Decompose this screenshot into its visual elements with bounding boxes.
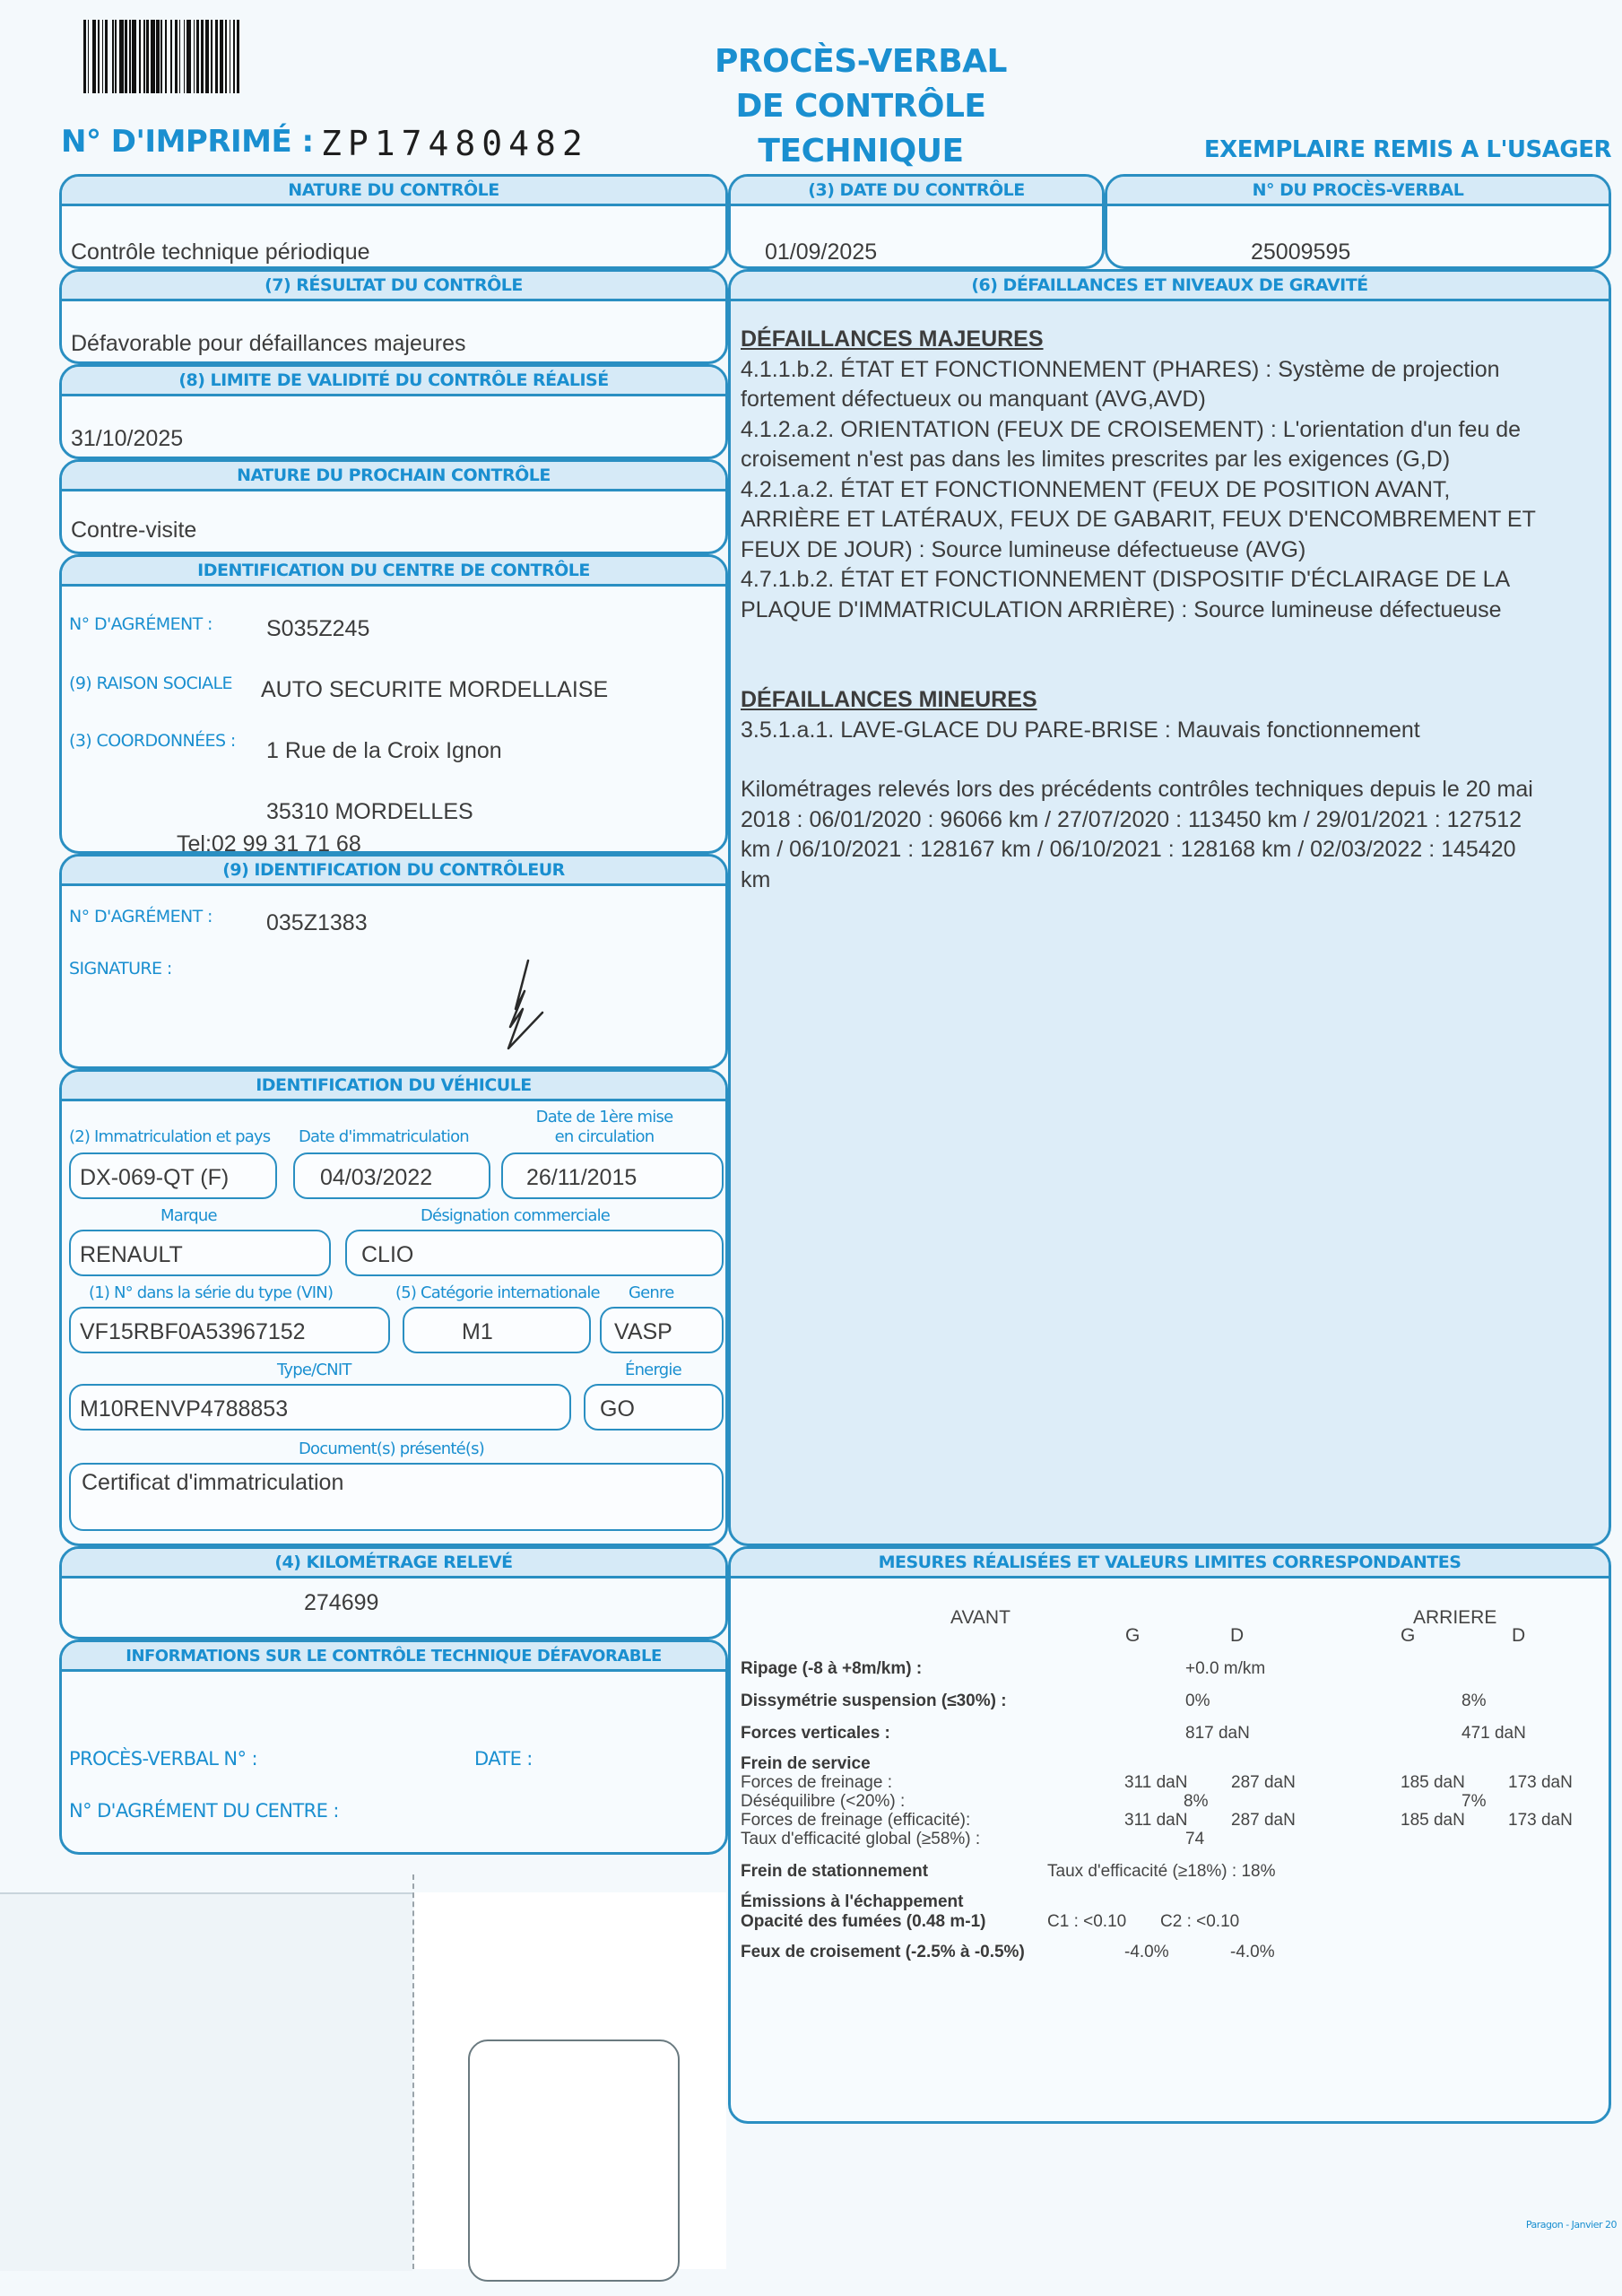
categorie-value: M1 (462, 1319, 493, 1345)
date-immat-value: 04/03/2022 (320, 1165, 432, 1191)
date-immat-label: Date d'immatriculation (299, 1127, 469, 1146)
defaillance-majeure-item: 4.1.2.a.2. ORIENTATION (FEUX DE CROISEME… (741, 415, 1548, 475)
designation-field: CLIO (345, 1230, 724, 1276)
resultat-box: (7) RÉSULTAT DU CONTRÔLE Défavorable pou… (59, 269, 728, 364)
defaillance-majeure-item: 4.1.1.b.2. ÉTAT ET FONCTIONNEMENT (PHARE… (741, 355, 1548, 415)
documents-field: Certificat d'immatriculation (69, 1463, 724, 1531)
printed-number: ZP17480482 (321, 124, 589, 163)
premiere-mise-value: 26/11/2015 (526, 1165, 637, 1191)
forces-efficacite-avant-g: 311 daN (1124, 1811, 1187, 1831)
numero-pv-title: N° DU PROCÈS-VERBAL (1107, 177, 1609, 206)
centre-agrement-value: S035Z245 (266, 616, 369, 642)
designation-label: Désignation commerciale (421, 1206, 610, 1225)
forces-efficacite-avant-d: 287 daN (1231, 1811, 1296, 1831)
nature-controle-value: Contrôle technique périodique (71, 239, 370, 265)
forces-verticales-avant: 817 daN (1185, 1724, 1250, 1744)
controleur-agrement-value: 035Z1383 (266, 910, 368, 936)
centre-coord-label: (3) COORDONNÉES : (69, 731, 236, 751)
marque-value: RENAULT (80, 1242, 183, 1268)
nature-controle-title: NATURE DU CONTRÔLE (62, 177, 725, 206)
emissions-label: Émissions à l'échappement (741, 1892, 963, 1912)
feux-croisement-label: Feux de croisement (-2.5% à -0.5%) (741, 1943, 1025, 1962)
kilometrage-value: 274699 (304, 1590, 378, 1616)
title-line-2: DE CONTRÔLE TECHNIQUE (628, 84, 1094, 174)
centre-address-line2: 35310 MORDELLES (266, 799, 473, 825)
forces-freinage-label: Forces de freinage : (741, 1773, 892, 1793)
frein-stationnement-label: Frein de stationnement (741, 1862, 928, 1882)
title-line-1: PROCÈS-VERBAL (628, 39, 1094, 84)
controleur-title: (9) IDENTIFICATION DU CONTRÔLEUR (62, 857, 725, 886)
resultat-title: (7) RÉSULTAT DU CONTRÔLE (62, 272, 725, 301)
document-title: PROCÈS-VERBAL DE CONTRÔLE TECHNIQUE (628, 39, 1094, 174)
numero-pv-value: 25009595 (1251, 239, 1350, 265)
signature-label: SIGNATURE : (69, 959, 172, 978)
arriere-g-header: G (1401, 1625, 1415, 1647)
cnit-label: Type/CNIT (277, 1361, 351, 1379)
forces-freinage-arriere-d: 173 daN (1508, 1773, 1573, 1793)
frein-stationnement-value: Taux d'efficacité (≥18%) : 18% (1047, 1862, 1276, 1882)
nature-controle-box: NATURE DU CONTRÔLE Contrôle technique pé… (59, 174, 728, 269)
perforation-line (412, 1874, 414, 2269)
premiere-mise-label-line2: en circulation (501, 1127, 707, 1147)
immat-value: DX-069-QT (F) (80, 1165, 229, 1191)
forces-freinage-arriere-g: 185 daN (1401, 1773, 1465, 1793)
forces-freinage-avant-d: 287 daN (1231, 1773, 1296, 1793)
forces-verticales-label: Forces verticales : (741, 1724, 890, 1744)
prochain-controle-box: NATURE DU PROCHAIN CONTRÔLE Contre-visit… (59, 459, 728, 554)
mesures-title: MESURES RÉALISÉES ET VALEURS LIMITES COR… (731, 1549, 1609, 1578)
marque-label: Marque (160, 1206, 217, 1225)
energie-field: GO (584, 1384, 724, 1431)
printed-number-label: N° D'IMPRIMÉ : (61, 124, 314, 160)
date-controle-title: (3) DATE DU CONTRÔLE (731, 177, 1102, 206)
forces-efficacite-arriere-g: 185 daN (1401, 1811, 1465, 1831)
infos-defavorable-box: INFORMATIONS SUR LE CONTRÔLE TECHNIQUE D… (59, 1639, 728, 1855)
feux-croisement-g: -4.0% (1124, 1943, 1169, 1962)
defaillance-majeure-item: 4.7.1.b.2. ÉTAT ET FONCTIONNEMENT (DISPO… (741, 565, 1548, 625)
forces-freinage-avant-g: 311 daN (1124, 1773, 1187, 1793)
tear-off-stub (0, 1892, 412, 2271)
genre-value: VASP (614, 1319, 672, 1345)
infos-defavorable-title: INFORMATIONS SUR LE CONTRÔLE TECHNIQUE D… (62, 1642, 725, 1672)
opacite-c1: C1 : <0.10 (1047, 1912, 1126, 1932)
centre-title: IDENTIFICATION DU CENTRE DE CONTRÔLE (62, 557, 725, 587)
cnit-field: M10RENVP4788853 (69, 1384, 571, 1431)
dissymetrie-avant: 0% (1185, 1692, 1210, 1711)
controleur-box: (9) IDENTIFICATION DU CONTRÔLEUR N° D'AG… (59, 854, 728, 1069)
barcode-icon (83, 20, 372, 93)
energie-value: GO (600, 1396, 635, 1422)
vehicule-box: IDENTIFICATION DU VÉHICULE (2) Immatricu… (59, 1069, 728, 1546)
date-controle-box: (3) DATE DU CONTRÔLE 01/09/2025 (728, 174, 1105, 269)
ripage-label: Ripage (-8 à +8m/km) : (741, 1659, 922, 1679)
defaillances-content: DÉFAILLANCES MAJEURES 4.1.1.b.2. ÉTAT ET… (741, 325, 1548, 895)
arriere-header: ARRIERE (1413, 1607, 1496, 1629)
marque-field: RENAULT (69, 1230, 331, 1276)
feux-croisement-d: -4.0% (1230, 1943, 1275, 1962)
prochain-controle-value: Contre-visite (71, 517, 196, 544)
documents-value: Certificat d'immatriculation (82, 1470, 343, 1496)
frein-service-label: Frein de service (741, 1754, 871, 1774)
forces-verticales-arriere: 471 daN (1462, 1724, 1526, 1744)
avant-header: AVANT (950, 1607, 1010, 1629)
taux-global-label: Taux d'efficacité global (≥58%) : (741, 1830, 980, 1849)
ripage-value: +0.0 m/km (1185, 1659, 1265, 1679)
taux-global-value: 74 (1185, 1830, 1204, 1849)
categorie-label: (5) Catégorie internationale (395, 1283, 600, 1302)
centre-raison-label: (9) RAISON SOCIALE (69, 674, 232, 693)
date-immat-field: 04/03/2022 (293, 1152, 490, 1199)
footer-imprint: Paragon - Janvier 20 (1526, 2219, 1617, 2231)
energie-label: Énergie (625, 1361, 681, 1379)
vin-label: (1) N° dans la série du type (VIN) (89, 1283, 333, 1302)
vin-value: VF15RBF0A53967152 (80, 1319, 306, 1345)
numero-pv-box: N° DU PROCÈS-VERBAL 25009595 (1105, 174, 1611, 269)
kilometrages-history: Kilométrages relevés lors des précédents… (741, 775, 1548, 895)
genre-label: Genre (629, 1283, 674, 1302)
centre-box: IDENTIFICATION DU CENTRE DE CONTRÔLE N° … (59, 554, 728, 854)
avant-g-header: G (1125, 1625, 1140, 1647)
centre-raison-value: AUTO SECURITE MORDELLAISE (261, 677, 608, 703)
immat-label: (2) Immatriculation et pays (69, 1127, 270, 1146)
mineures-title: DÉFAILLANCES MINEURES (741, 685, 1548, 716)
resultat-value: Défavorable pour défaillances majeures (71, 331, 466, 357)
arriere-d-header: D (1512, 1625, 1525, 1647)
opacite-label: Opacité des fumées (0.48 m-1) (741, 1912, 986, 1932)
cnit-value: M10RENVP4788853 (80, 1396, 288, 1422)
categorie-field: M1 (403, 1307, 591, 1353)
centre-agrement-field-label: N° D'AGRÉMENT DU CENTRE : (69, 1800, 339, 1822)
copy-label: EXEMPLAIRE REMIS A L'USAGER (1204, 136, 1611, 163)
kilometrage-title: (4) KILOMÉTRAGE RELEVÉ (62, 1549, 725, 1578)
window-cutout (468, 2039, 680, 2282)
defaillances-title: (6) DÉFAILLANCES ET NIVEAUX DE GRAVITÉ (731, 272, 1609, 301)
vin-field: VF15RBF0A53967152 (69, 1307, 390, 1353)
limite-validite-title: (8) LIMITE DE VALIDITÉ DU CONTRÔLE RÉALI… (62, 367, 725, 396)
dissymetrie-arriere: 8% (1462, 1692, 1486, 1711)
kilometrage-box: (4) KILOMÉTRAGE RELEVÉ 274699 (59, 1546, 728, 1639)
documents-label: Document(s) présenté(s) (299, 1439, 484, 1458)
desequilibre-avant: 8% (1184, 1792, 1208, 1812)
avant-d-header: D (1230, 1625, 1244, 1647)
controleur-agrement-label: N° D'AGRÉMENT : (69, 907, 213, 926)
defaillance-mineure-item: 3.5.1.a.1. LAVE-GLACE DU PARE-BRISE : Ma… (741, 716, 1548, 746)
majeures-title: DÉFAILLANCES MAJEURES (741, 325, 1548, 355)
prochain-controle-title: NATURE DU PROCHAIN CONTRÔLE (62, 462, 725, 491)
desequilibre-label: Déséquilibre (<20%) : (741, 1792, 905, 1812)
forces-efficacite-label: Forces de freinage (efficacité): (741, 1811, 970, 1831)
limite-validite-box: (8) LIMITE DE VALIDITÉ DU CONTRÔLE RÉALI… (59, 364, 728, 459)
desequilibre-arriere: 7% (1462, 1792, 1486, 1812)
dissymetrie-label: Dissymétrie suspension (≤30%) : (741, 1692, 1007, 1711)
pv-date-label: DATE : (474, 1748, 533, 1770)
centre-address-line1: 1 Rue de la Croix Ignon (266, 738, 502, 764)
pv-number-label: PROCÈS-VERBAL N° : (69, 1748, 257, 1770)
premiere-mise-field: 26/11/2015 (501, 1152, 724, 1199)
immat-field: DX-069-QT (F) (69, 1152, 277, 1199)
designation-value: CLIO (361, 1242, 413, 1268)
forces-efficacite-arriere-d: 173 daN (1508, 1811, 1573, 1831)
limite-validite-value: 31/10/2025 (71, 426, 183, 452)
date-controle-value: 01/09/2025 (765, 239, 877, 265)
opacite-c2: C2 : <0.10 (1160, 1912, 1239, 1932)
premiere-mise-label-line1: Date de 1ère mise (501, 1108, 707, 1127)
premiere-mise-label: Date de 1ère mise en circulation (501, 1108, 707, 1147)
vehicule-title: IDENTIFICATION DU VÉHICULE (62, 1072, 725, 1101)
signature-icon (483, 955, 555, 1054)
defaillance-majeure-item: 4.2.1.a.2. ÉTAT ET FONCTIONNEMENT (FEUX … (741, 475, 1548, 566)
genre-field: VASP (600, 1307, 724, 1353)
centre-agrement-label: N° D'AGRÉMENT : (69, 614, 213, 634)
